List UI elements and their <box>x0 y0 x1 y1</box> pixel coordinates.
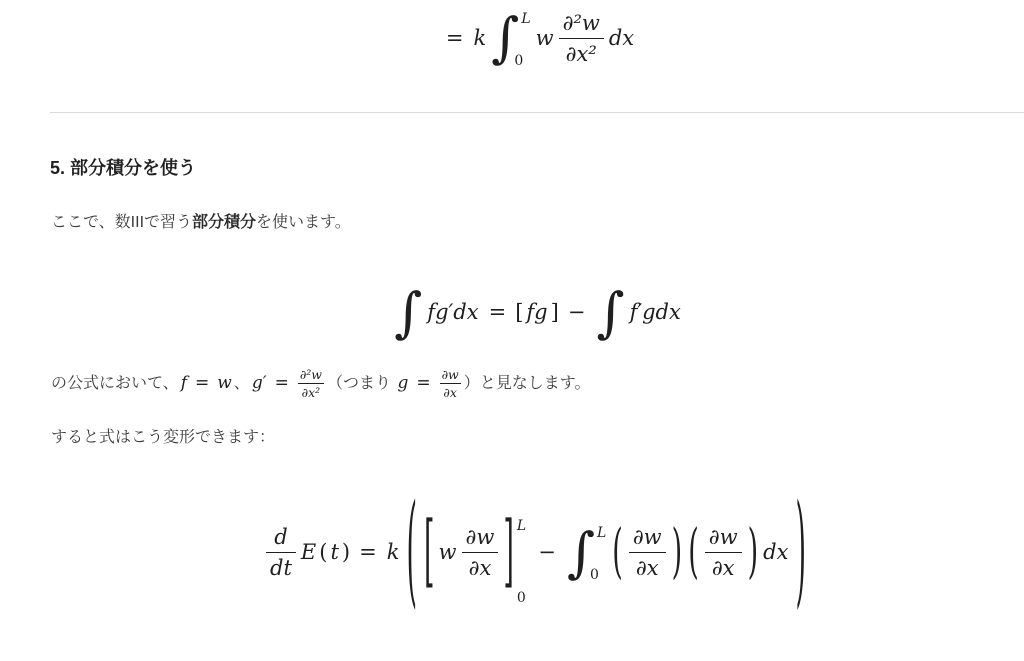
math-symbol: k <box>473 26 486 50</box>
paragraph-substitution: の公式において、 f = w 、 g′ = ∂²w∂x² （つまり g = ∂w… <box>51 367 1024 400</box>
integral-upper-limit: L <box>597 526 606 540</box>
section-heading: 5. 部分積分を使う <box>50 157 1024 180</box>
integral-lower-limit: 0 <box>590 568 606 582</box>
substitution-comma: 、 <box>234 374 250 394</box>
section-divider <box>50 112 1024 113</box>
inline-fraction-d2w-dx2: ∂²w∂x² <box>298 367 324 400</box>
display-formula-derivative-result: ddtE(t)=k([w∂w∂x]L0−∫L0(∂w∂x)(∂w∂x)dx) <box>50 486 1024 618</box>
math-delimiter: ] <box>503 513 514 591</box>
math-symbol: = <box>446 26 464 50</box>
bracket-limits: L0 <box>517 519 526 605</box>
display-formula-integration-by-parts: ∫fg′dx=[fg]−∫f′gdx <box>50 275 1024 349</box>
fraction-denominator: ∂x <box>629 553 666 580</box>
math-fraction: ddt <box>266 524 296 580</box>
math-symbol: ) <box>342 540 350 564</box>
intro-text-pre: ここで、数IIIで習う <box>51 214 192 231</box>
math-equals-1: = <box>195 373 209 394</box>
math-symbol: w <box>536 26 554 50</box>
math-symbol: − <box>538 540 556 564</box>
math-symbol: = <box>359 540 377 564</box>
math-fraction: ∂²w∂x² <box>559 10 604 66</box>
math-symbol: fg <box>526 300 547 324</box>
fraction-numerator: ∂w <box>705 524 742 553</box>
math-delimiter: ) <box>672 523 683 582</box>
integral-icon: ∫ <box>394 287 422 338</box>
math-symbol: f′gdx <box>630 300 681 324</box>
math-equals-2: = <box>275 373 289 394</box>
math-symbol: k <box>387 540 400 564</box>
math-var-w: w <box>217 373 232 394</box>
math-symbol: t <box>330 540 338 564</box>
math-delimiter: ( <box>612 523 623 582</box>
math-equals-3: = <box>416 373 430 394</box>
intro-text-post: を使います。 <box>256 214 351 231</box>
integral: ∫L0 <box>491 10 530 66</box>
integral: ∫ <box>596 287 624 338</box>
math-delimiter: [ <box>424 513 435 591</box>
substitution-text-3: ）と見なします。 <box>464 374 591 394</box>
fraction-denominator: dt <box>266 553 296 580</box>
math-fraction: ∂w∂x <box>629 524 666 580</box>
integral-icon: ∫ <box>596 287 624 338</box>
math-symbol: dx <box>763 540 788 564</box>
math-symbol: = <box>489 300 507 324</box>
paragraph-intro: ここで、数IIIで習う部分積分を使います。 <box>51 213 1024 233</box>
math-symbol: ( <box>319 540 327 564</box>
math-delimiter: ) <box>748 523 759 582</box>
math-symbol: − <box>568 300 586 324</box>
math-fraction: ∂w∂x <box>705 524 742 580</box>
math-delimiter: ( <box>406 492 417 614</box>
bracket-upper-limit: L <box>517 519 526 533</box>
fraction-denominator: ∂x² <box>559 39 604 66</box>
paragraph-transition: すると式はこう変形できます： <box>51 428 1024 448</box>
fraction-numerator: ∂²w <box>559 10 604 39</box>
bracket-lower-limit: 0 <box>517 591 526 605</box>
math-var-g-prime: g′ <box>252 373 267 394</box>
integral: ∫L0 <box>567 524 606 580</box>
integral-upper-limit: L <box>521 12 530 26</box>
fraction-denominator: ∂x <box>462 553 499 580</box>
inline-fraction-dw-dx: ∂w∂x <box>440 367 461 400</box>
math-delimiter: ( <box>688 523 699 582</box>
math-symbol: w <box>439 540 457 564</box>
display-formula-energy-integral: =k∫L0w∂²w∂x²dx <box>50 2 1024 74</box>
intro-text-bold: 部分積分 <box>192 214 256 231</box>
substitution-text-2: （つまり <box>327 374 395 394</box>
math-fraction: ∂w∂x <box>462 524 499 580</box>
integral: ∫ <box>394 287 422 338</box>
math-symbol: fg′dx <box>427 300 478 324</box>
fraction-numerator: ∂w <box>462 524 499 553</box>
integral-lower-limit: 0 <box>514 54 530 68</box>
integral-limits: L0 <box>595 526 606 582</box>
math-symbol: ] <box>551 300 559 324</box>
fraction-denominator: ∂x <box>705 553 742 580</box>
math-symbol: [ <box>515 300 523 324</box>
article-page: =k∫L0w∂²w∂x²dx 5. 部分積分を使う ここで、数IIIで習う部分積… <box>0 2 1024 618</box>
substitution-text-1: の公式において、 <box>51 374 179 394</box>
math-delimiter: ) <box>795 492 806 614</box>
math-symbol: E <box>301 540 316 564</box>
math-symbol: dx <box>609 26 634 50</box>
integral-limits: L0 <box>519 12 530 68</box>
math-var-g: g <box>397 373 408 394</box>
fraction-numerator: ∂w <box>629 524 666 553</box>
fraction-numerator: d <box>266 524 296 553</box>
math-var-f: f <box>181 373 187 394</box>
